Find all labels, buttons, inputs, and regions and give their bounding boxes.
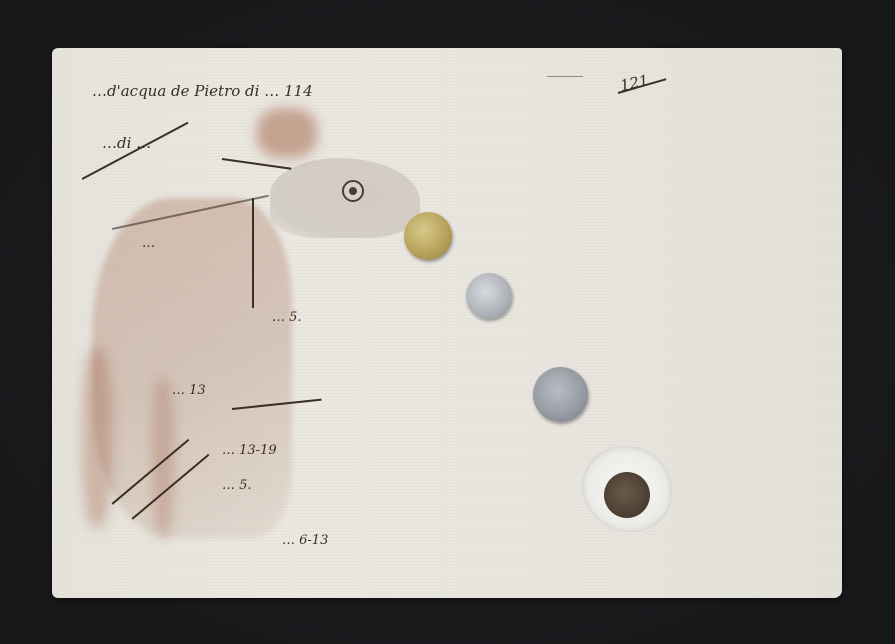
fish-eye [342, 180, 364, 202]
manuscript-line-6: … 13-19 [222, 443, 277, 458]
flourish-stroke-1 [82, 122, 189, 180]
manuscript-line-3: … [142, 236, 155, 251]
gold-coin [404, 212, 452, 260]
brown-stain-column-1 [82, 348, 112, 528]
center-fold [444, 48, 447, 598]
small-silver-coin [466, 273, 512, 319]
manuscript-line-2: …di … [102, 134, 151, 152]
brown-wash-top [257, 108, 317, 158]
large-silver-coin [533, 367, 588, 422]
top-right-mark [547, 76, 583, 77]
manuscript-line-5: … 13 [172, 383, 206, 398]
manuscript-line-4: … 5. [272, 310, 302, 325]
figure-arm-stroke [252, 198, 254, 308]
manuscript-sheet: …d'acqua de Pietro di … 114 …di … … … 5.… [52, 48, 842, 598]
brown-stain-column-2 [152, 378, 174, 538]
manuscript-line-8: … 6-13 [282, 533, 328, 548]
figure-collar-stroke [222, 158, 292, 169]
manuscript-line-1: …d'acqua de Pietro di … 114 [92, 82, 313, 100]
figure-body-wash [92, 198, 292, 538]
manuscript-line-7: … 5. [222, 478, 252, 493]
bronze-coin-in-wax [604, 472, 650, 518]
